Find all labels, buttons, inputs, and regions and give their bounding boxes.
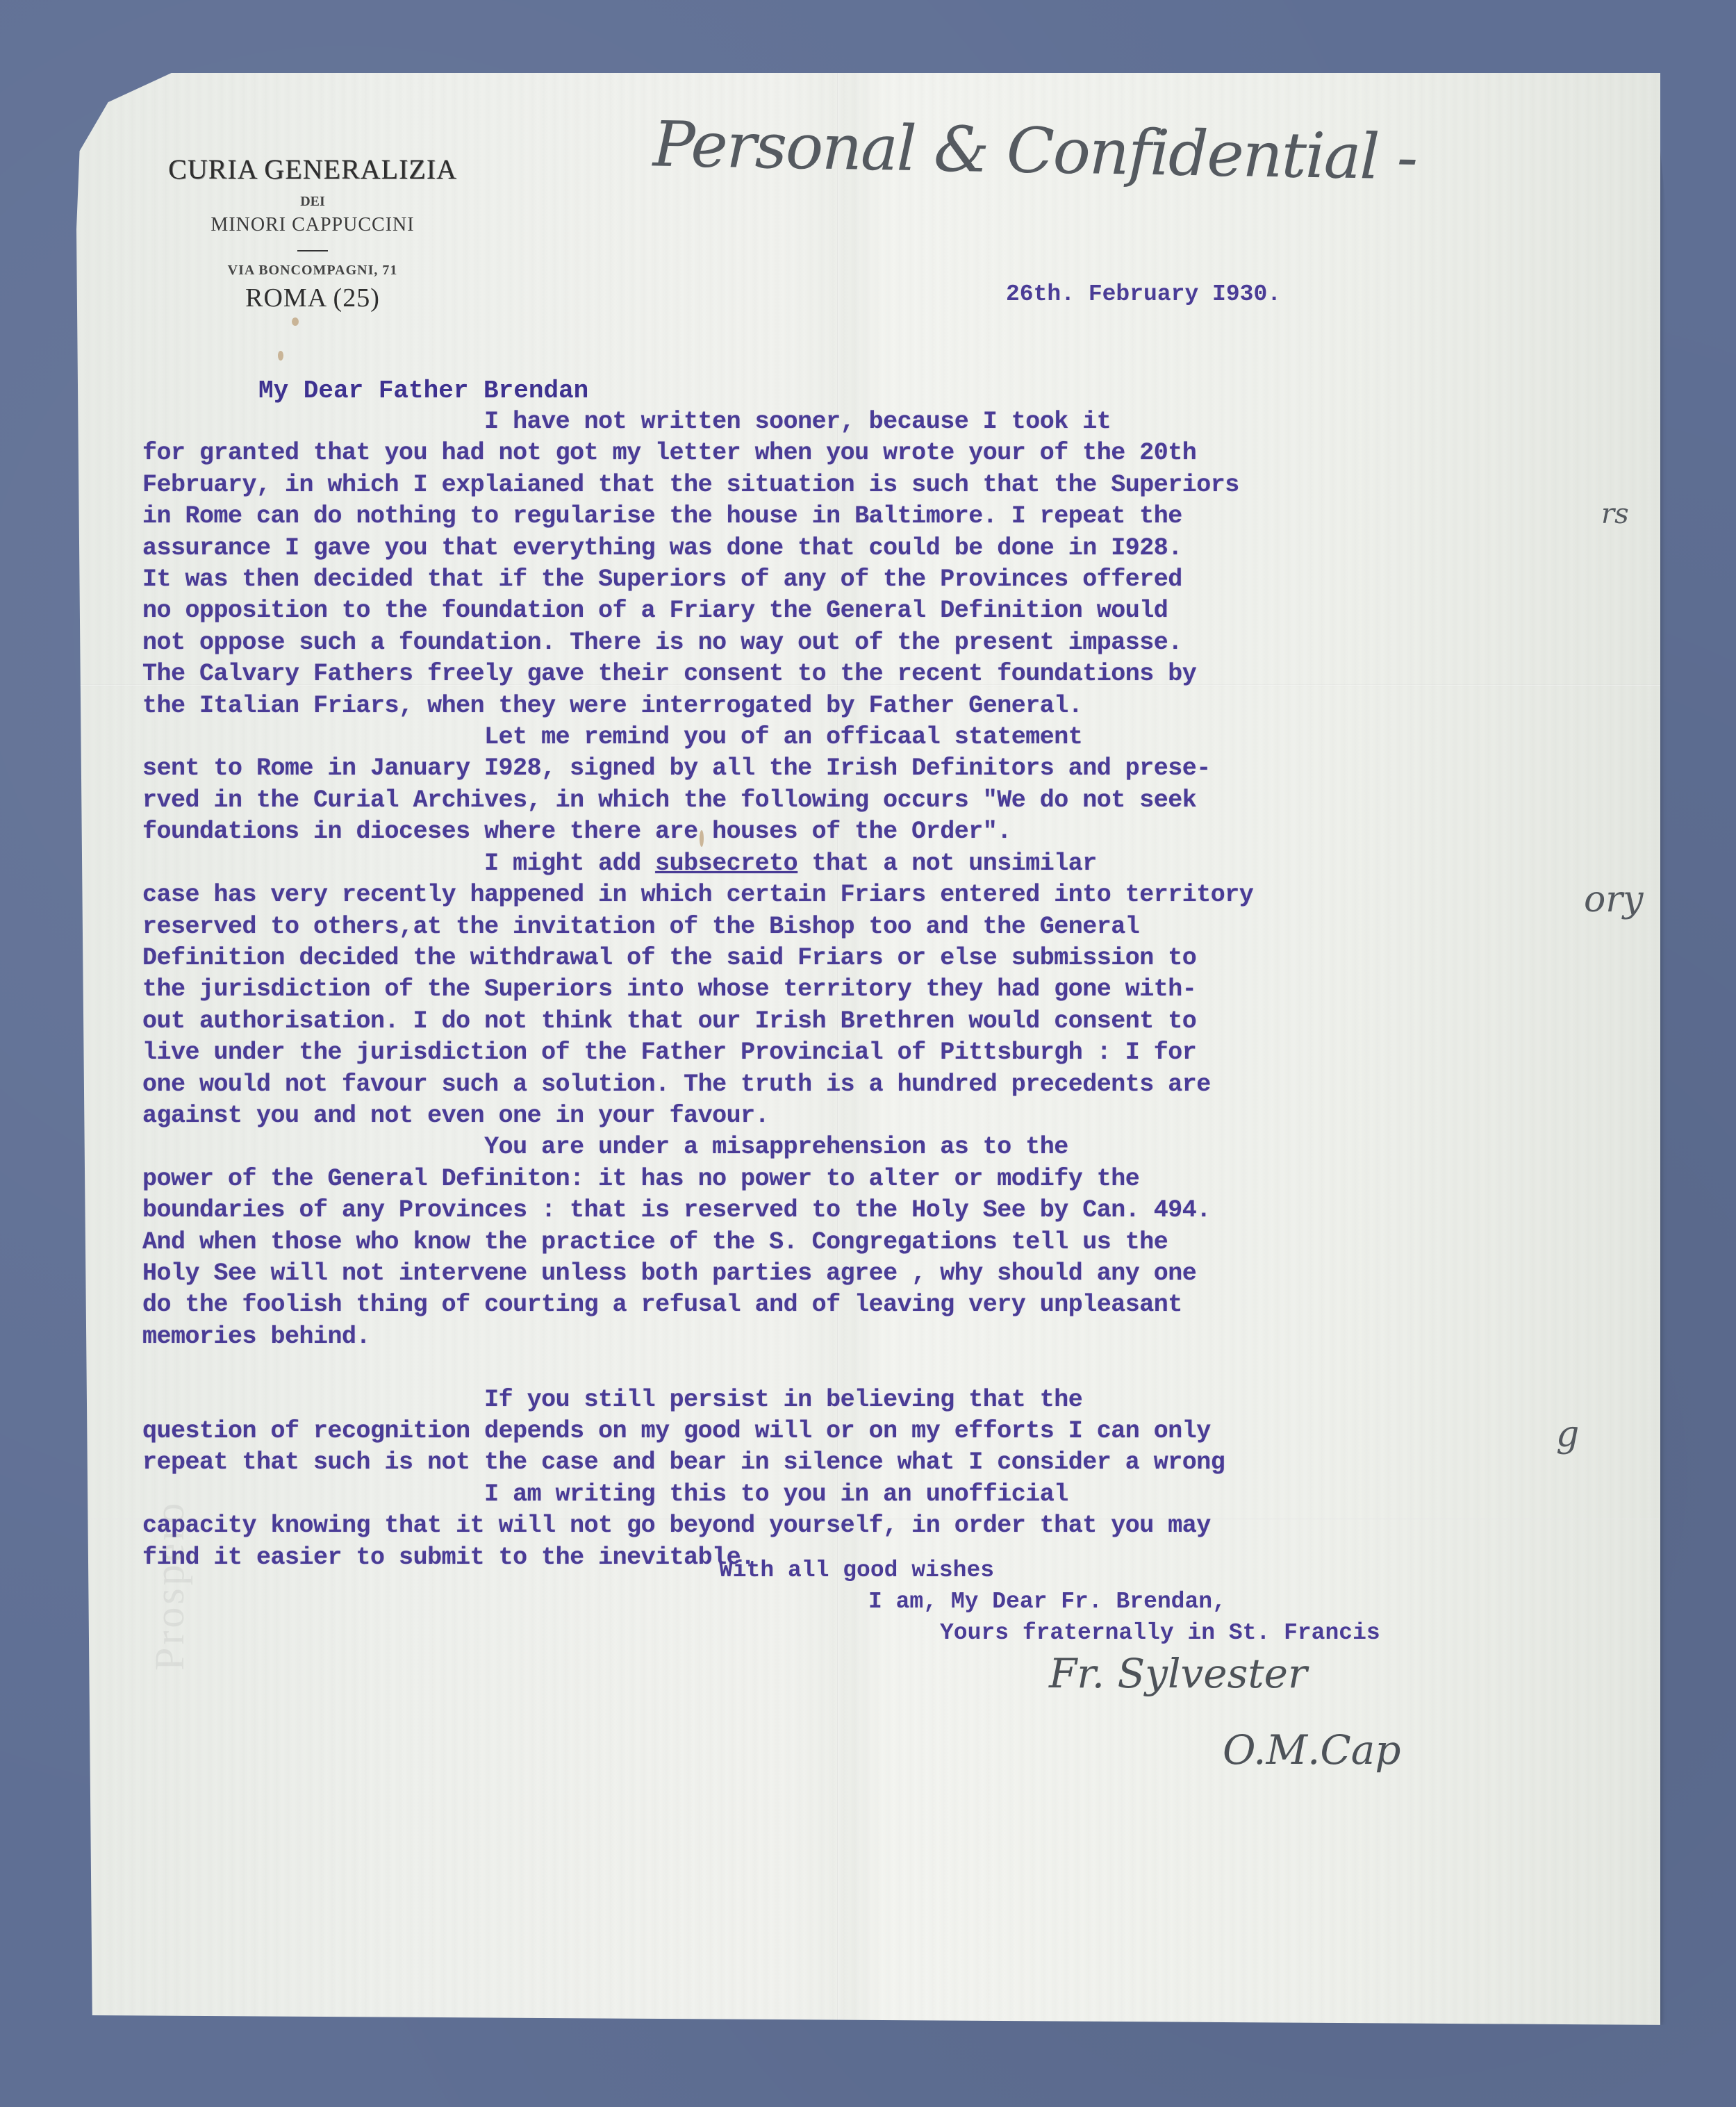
letterhead-divider <box>297 250 328 251</box>
letterhead-order: MINORI CAPPUCCINI <box>160 214 465 236</box>
closing-yours: Yours fraternally in St. Francis <box>940 1620 1380 1646</box>
body-line: It was then decided that if the Superior… <box>142 564 1253 595</box>
body-line: live under the jurisdiction of the Fathe… <box>142 1037 1253 1068</box>
body-line: You are under a misapprehension as to th… <box>142 1132 1253 1163</box>
body-line: case has very recently happened in which… <box>142 879 1253 911</box>
body-line: sent to Rome in January I928, signed by … <box>142 753 1253 784</box>
letterhead-address: VIA BONCOMPAGNI, 71 <box>160 263 465 279</box>
body-line: no opposition to the foundation of a Fri… <box>142 595 1253 627</box>
rust-stain <box>278 351 283 361</box>
paper-watermark: Prospero <box>146 1501 194 1671</box>
body-line: do the foolish thing of courting a refus… <box>142 1289 1253 1321</box>
margin-correction-ory: ory <box>1584 879 1644 920</box>
signature-order: O.M.Cap <box>1223 1726 1401 1774</box>
letterhead-dei: DEI <box>160 194 465 210</box>
body-line <box>142 1353 1253 1384</box>
body-line: for granted that you had not got my lett… <box>142 438 1253 469</box>
body-line: reserved to others,at the invitation of … <box>142 911 1253 943</box>
letter-paper: CURIA GENERALIZIA DEI MINORI CAPPUCCINI … <box>76 73 1660 2025</box>
letter-body: I have not written sooner, because I too… <box>142 406 1253 1573</box>
body-line: question of recognition depends on my go… <box>142 1416 1253 1447</box>
rust-stain <box>700 830 704 847</box>
body-line: the jurisdiction of the Superiors into w… <box>142 974 1253 1005</box>
letterhead: CURIA GENERALIZIA DEI MINORI CAPPUCCINI … <box>160 153 465 313</box>
margin-correction-rs: rs <box>1601 498 1629 530</box>
body-line: not oppose such a foundation. There is n… <box>142 627 1253 659</box>
body-line: February, in which I explaianed that the… <box>142 470 1253 501</box>
letter-date: 26th. February I930. <box>1006 281 1281 307</box>
closing-i-am: I am, My Dear Fr. Brendan, <box>868 1589 1226 1614</box>
body-line: And when those who know the practice of … <box>142 1227 1253 1258</box>
body-line: Holy See will not intervene unless both … <box>142 1258 1253 1289</box>
body-line: Let me remind you of an officaal stateme… <box>142 722 1253 753</box>
body-line: I am writing this to you in an unofficia… <box>142 1479 1253 1510</box>
body-line: power of the General Definiton: it has n… <box>142 1164 1253 1195</box>
letterhead-title: CURIA GENERALIZIA <box>160 153 465 185</box>
margin-correction-g: g <box>1556 1414 1579 1455</box>
body-line: I have not written sooner, because I too… <box>142 406 1253 438</box>
body-line: against you and not even one in your fav… <box>142 1100 1253 1132</box>
body-line: If you still persist in believing that t… <box>142 1385 1253 1416</box>
body-line: I might add subsecreto that a not unsimi… <box>142 848 1253 879</box>
body-line: in Rome can do nothing to regularise the… <box>142 501 1253 532</box>
underlined-word: subsecreto <box>655 850 797 877</box>
body-line: boundaries of any Provinces : that is re… <box>142 1195 1253 1226</box>
body-line: the Italian Friars, when they were inter… <box>142 691 1253 722</box>
body-line: Definition decided the withdrawal of the… <box>142 943 1253 974</box>
body-line: memories behind. <box>142 1321 1253 1353</box>
body-line: repeat that such is not the case and bea… <box>142 1447 1253 1478</box>
body-line: one would not favour such a solution. Th… <box>142 1069 1253 1100</box>
letterhead-city: ROMA (25) <box>160 283 465 313</box>
body-line: rved in the Curial Archives, in which th… <box>142 785 1253 816</box>
salutation: My Dear Father Brendan <box>258 377 588 405</box>
body-line: foundations in dioceses where there are … <box>142 816 1253 848</box>
body-line: The Calvary Fathers freely gave their co… <box>142 659 1253 690</box>
body-line: assurance I gave you that everything was… <box>142 533 1253 564</box>
body-line: find it easier to submit to the inevitab… <box>142 1542 1253 1573</box>
rust-stain <box>292 317 299 326</box>
closing-wishes: With all good wishes <box>719 1557 994 1583</box>
body-line: capacity knowing that it will not go bey… <box>142 1510 1253 1542</box>
confidential-annotation: Personal & Confidential - <box>652 108 1417 194</box>
signature-name: Fr. Sylvester <box>1049 1650 1307 1697</box>
body-line: out authorisation. I do not think that o… <box>142 1006 1253 1037</box>
